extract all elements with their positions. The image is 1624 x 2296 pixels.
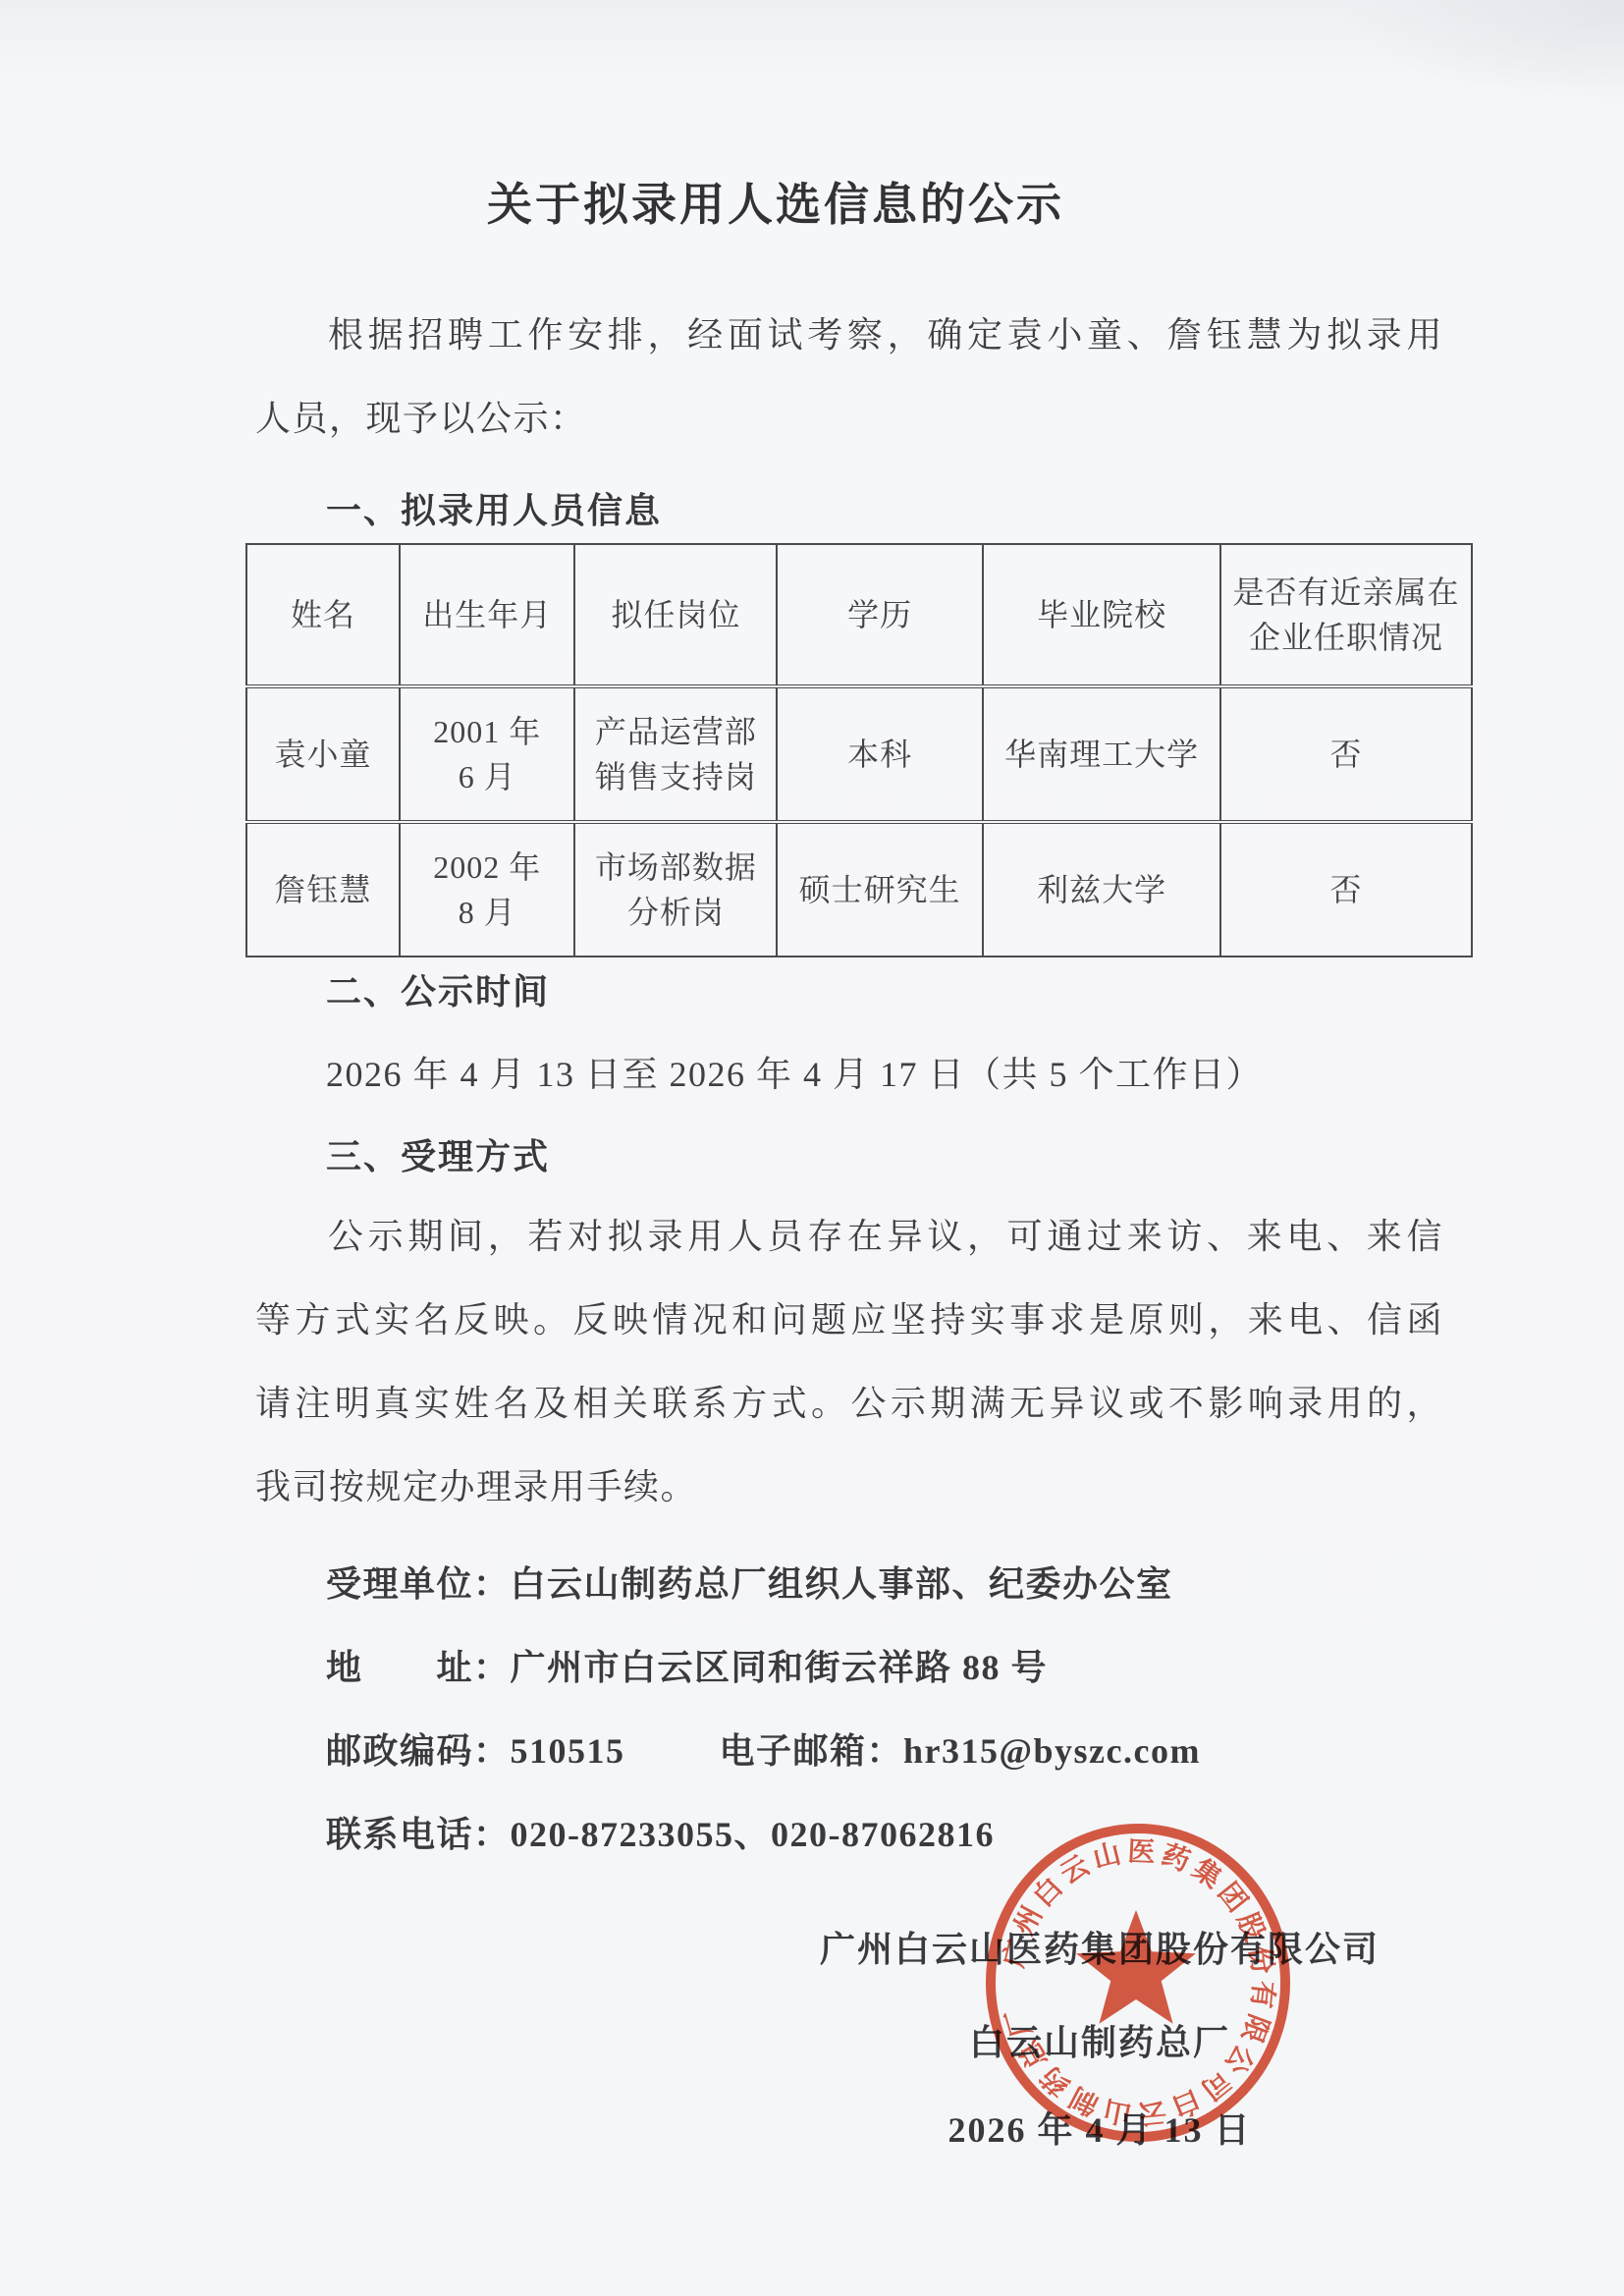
table-header-row: 姓名 出生年月 拟任岗位 学历 毕业院校 是否有近亲属在企业任职情况: [246, 544, 1472, 686]
section3-line-2: 等方式实名反映。反映情况和问题应坚持实事求是原则，来电、信函: [255, 1297, 1443, 1342]
intro-line-1: 根据招聘工作安排，经面试考察，确定袁小童、詹钰慧为拟录用: [255, 312, 1443, 357]
section3-line-1: 公示期间，若对拟录用人员存在异议，可通过来访、来电、来信: [255, 1214, 1443, 1259]
section1-heading: 一、拟录用人员信息: [326, 483, 1445, 533]
page-title: 关于拟录用人选信息的公示: [245, 169, 1306, 234]
address: 地 址：广州市白云区同和街云祥路 88 号: [326, 1640, 1465, 1690]
col-header-education: 学历: [777, 544, 983, 686]
col-header-relatives: 是否有近亲属在企业任职情况: [1220, 544, 1472, 686]
candidate-table: 姓名 出生年月 拟任岗位 学历 毕业院校 是否有近亲属在企业任职情况 袁小童 2…: [245, 543, 1473, 957]
accepting-unit: 受理单位：白云山制药总厂组织人事部、纪委办公室: [326, 1557, 1465, 1607]
col-header-position: 拟任岗位: [574, 544, 777, 686]
cell-name: 袁小童: [246, 686, 400, 822]
cell-position: 市场部数据 分析岗: [574, 822, 777, 957]
cell-education: 本科: [777, 686, 983, 822]
col-header-name: 姓名: [246, 544, 400, 686]
section3-heading: 三、受理方式: [326, 1129, 1445, 1179]
cell-relatives: 否: [1220, 822, 1472, 957]
postal-email-row: 邮政编码：510515 电子邮箱：hr315@byszc.com: [326, 1723, 1465, 1774]
col-header-birth: 出生年月: [400, 544, 574, 686]
cell-birth: 2002 年 8 月: [400, 822, 574, 957]
section3-line-3: 请注明真实姓名及相关联系方式。公示期满无异议或不影响录用的，: [255, 1381, 1443, 1426]
table-row: 袁小童 2001 年 6 月 产品运营部 销售支持岗 本科 华南理工大学 否: [246, 686, 1472, 822]
cell-education: 硕士研究生: [777, 822, 983, 957]
scanned-notice-page: 关于拟录用人选信息的公示 根据招聘工作安排，经面试考察，确定袁小童、詹钰慧为拟录…: [0, 0, 1624, 2296]
email: 电子邮箱：hr315@byszc.com: [720, 1723, 1201, 1774]
cell-birth: 2001 年 6 月: [400, 686, 574, 822]
col-header-school: 毕业院校: [983, 544, 1220, 686]
cell-school: 利兹大学: [983, 822, 1220, 957]
company-seal-stamp: 广州白云山医药集团股份有限公司白云山制药总厂: [974, 1813, 1302, 2153]
cell-school: 华南理工大学: [983, 686, 1220, 822]
intro-line-2: 人员，现予以公示：: [255, 396, 1443, 441]
cell-position: 产品运营部 销售支持岗: [574, 686, 777, 822]
section3-line-4: 我司按规定办理录用手续。: [255, 1464, 1443, 1509]
postal-code: 邮政编码：510515: [326, 1723, 625, 1774]
cell-relatives: 否: [1220, 686, 1472, 822]
section2-heading: 二、公示时间: [326, 964, 1445, 1014]
table-row: 詹钰慧 2002 年 8 月 市场部数据 分析岗 硕士研究生 利兹大学 否: [246, 822, 1472, 957]
stamp-star-icon: [1076, 1910, 1196, 2024]
cell-name: 詹钰慧: [246, 822, 400, 957]
publicity-period: 2026 年 4 月 13 日至 2026 年 4 月 17 日（共 5 个工作…: [326, 1047, 1465, 1097]
